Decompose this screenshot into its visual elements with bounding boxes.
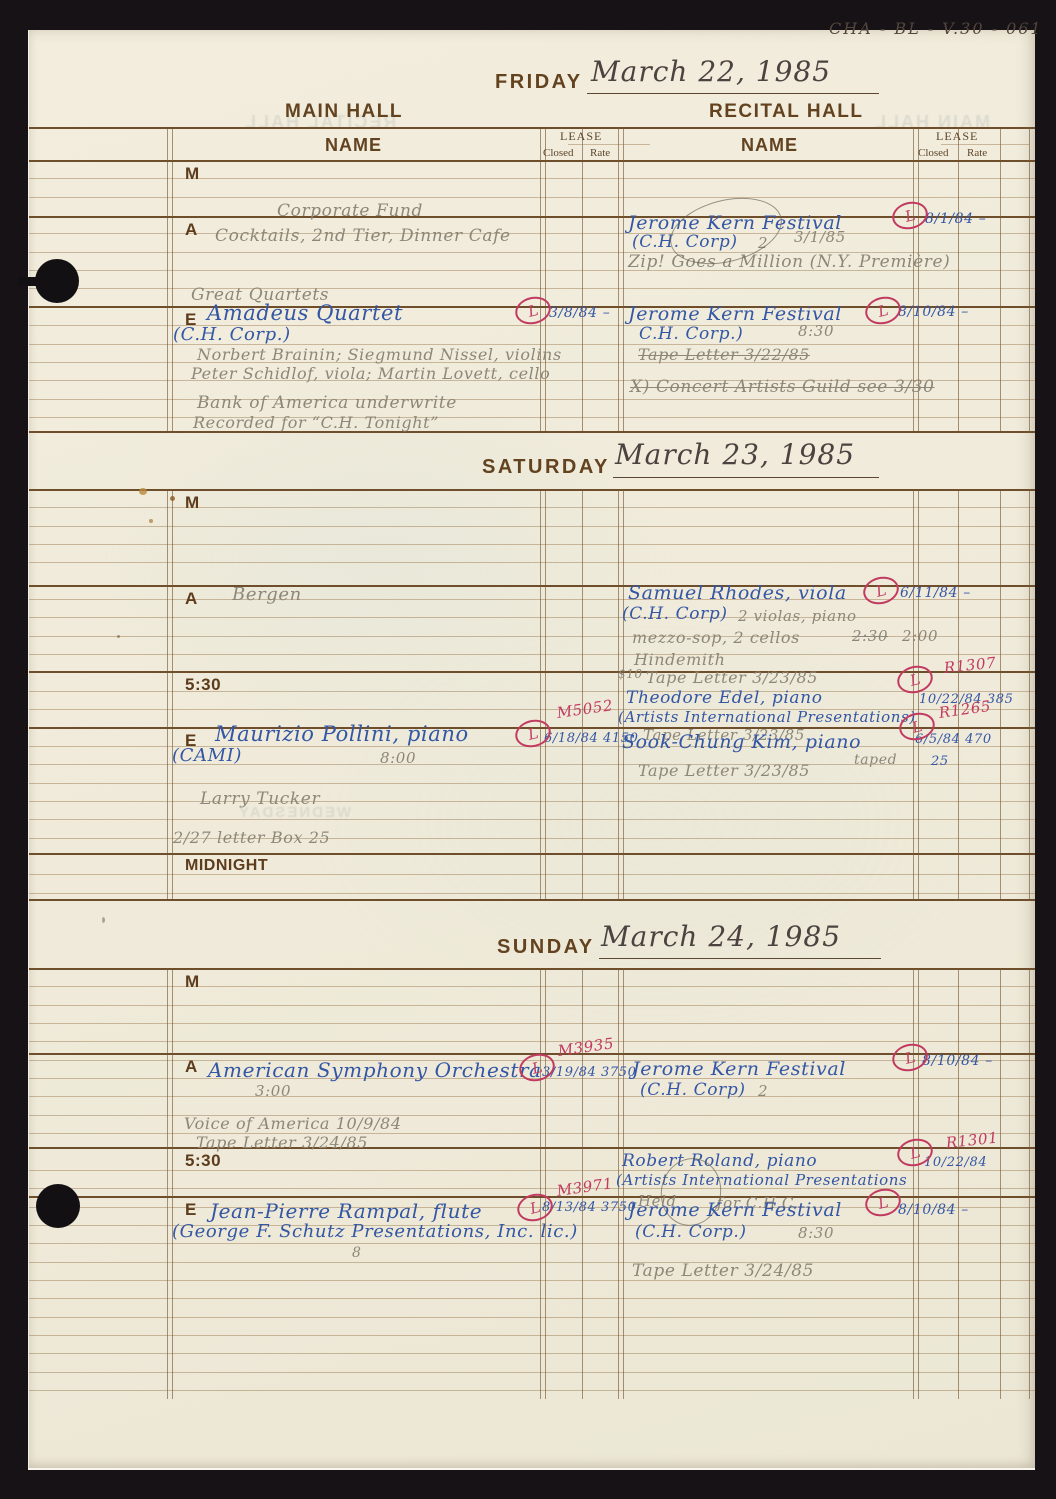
handwritten-note: 3/1/85 bbox=[794, 230, 846, 245]
ruled-line bbox=[29, 1133, 1035, 1134]
handwritten-note: taped bbox=[854, 753, 897, 767]
catalog-number: CHA - BL - V.30 - 061 bbox=[829, 21, 1043, 37]
handwritten-note: Tape Letter 3/23/85 bbox=[646, 670, 818, 686]
column-line bbox=[958, 968, 959, 1399]
column-line bbox=[540, 489, 546, 899]
column-line bbox=[1029, 489, 1030, 899]
handwritten-note: Jerome Kern Festival bbox=[632, 1060, 846, 1079]
row-label-m: M bbox=[185, 493, 200, 513]
column-line bbox=[540, 127, 546, 431]
handwritten-note: 8/10/84 – bbox=[922, 1054, 993, 1068]
handwritten-note: $10 bbox=[618, 668, 643, 680]
handwritten-note: M3935 bbox=[557, 1036, 615, 1059]
handwritten-note: (C.H. Corp) bbox=[640, 1082, 746, 1099]
main-lease-header: LEASE bbox=[560, 129, 602, 144]
ruled-line bbox=[29, 526, 1035, 527]
section-line bbox=[29, 489, 1035, 491]
handwritten-note: 3/8/84 – bbox=[549, 306, 610, 320]
recital-name-column-header: NAME bbox=[741, 135, 798, 156]
row-label-5:30: 5:30 bbox=[185, 675, 221, 695]
column-line bbox=[582, 127, 583, 431]
handwritten-note: M5052 bbox=[556, 698, 614, 721]
ruled-line bbox=[29, 801, 1035, 802]
handwritten-note: Corporate Fund bbox=[277, 203, 423, 220]
handwritten-note: Samuel Rhodes, viola bbox=[628, 584, 847, 603]
ruled-line bbox=[29, 1317, 1035, 1318]
day-title-sunday: SUNDAY bbox=[497, 936, 595, 959]
handwritten-note: Cocktails, 2nd Tier, Dinner Cafe bbox=[215, 228, 511, 245]
ruled-line bbox=[29, 1390, 1035, 1391]
paper-stain bbox=[139, 488, 147, 495]
section-line bbox=[29, 1147, 1035, 1149]
pencil-mark bbox=[102, 917, 105, 923]
handwritten-note: (C.H. Corp.) bbox=[635, 1224, 747, 1241]
handwritten-note: 3/19/84 3750 bbox=[542, 1066, 637, 1079]
ruled-line bbox=[29, 1243, 1035, 1244]
ruled-line bbox=[29, 1023, 1035, 1024]
handwritten-note: Jean-Pierre Rampal, flute bbox=[210, 1201, 482, 1221]
handwritten-note: Hindemith bbox=[634, 652, 726, 668]
day-title-saturday: SATURDAY bbox=[482, 456, 610, 479]
handwritten-note: Bank of America underwrite bbox=[197, 395, 457, 412]
handwritten-note: Bergen bbox=[232, 586, 302, 604]
handwritten-note: 8:30 bbox=[798, 1226, 834, 1241]
handwritten-note: Tape Letter 3/22/85 bbox=[638, 347, 810, 363]
punch-hole-tear bbox=[18, 277, 48, 286]
ruled-line bbox=[29, 1115, 1035, 1116]
ruled-line bbox=[29, 1298, 1035, 1299]
handwritten-note: Tape Letter 3/24/85 bbox=[632, 1263, 814, 1280]
main-lease-rate-header: Rate bbox=[590, 147, 610, 159]
handwritten-note: Sook-Chung Kim, piano bbox=[622, 733, 861, 752]
day-title-friday: FRIDAY bbox=[495, 71, 583, 94]
ruled-line bbox=[29, 1280, 1035, 1281]
section-line bbox=[29, 671, 1035, 673]
recital-lease-closed-header: Closed bbox=[918, 147, 949, 159]
ruled-line bbox=[29, 1005, 1035, 1006]
lease-check-mark: L bbox=[889, 1040, 930, 1075]
date-friday: March 22, 1985 bbox=[591, 58, 831, 86]
paper-stain bbox=[149, 519, 153, 523]
handwritten-note: 8/10/84 – bbox=[898, 305, 969, 319]
handwritten-note: 8:30 bbox=[798, 324, 834, 339]
column-line bbox=[540, 968, 546, 1399]
handwritten-note: Voice of America 10/9/84 bbox=[184, 1116, 402, 1132]
paper-stain bbox=[170, 496, 175, 501]
ruled-line bbox=[29, 399, 1035, 400]
ruled-line bbox=[29, 1372, 1035, 1373]
handwritten-note: X) Concert Artists Guild see 3/30 bbox=[630, 379, 935, 396]
ruled-line bbox=[29, 507, 1035, 508]
handwritten-note: Theodore Edel, piano bbox=[626, 690, 823, 707]
ruled-line bbox=[29, 986, 1035, 987]
handwritten-note: 2:00 bbox=[902, 629, 938, 644]
row-label-a: A bbox=[185, 589, 198, 609]
handwritten-note: 2/27 letter Box 25 bbox=[173, 830, 330, 846]
handwritten-note: (George F. Schutz Presentations, Inc. li… bbox=[172, 1223, 578, 1241]
column-line bbox=[1000, 127, 1001, 431]
column-line bbox=[913, 968, 919, 1399]
column-line bbox=[618, 489, 624, 899]
ledger-paper: CHA - BL - V.30 - 061 FRIDAY March 22, 1… bbox=[28, 30, 1035, 1470]
lease-check-mark: L bbox=[889, 198, 930, 233]
punch-hole bbox=[36, 1184, 80, 1228]
handwritten-note: 2 violas, piano bbox=[738, 609, 857, 624]
date-underline-saturday bbox=[613, 477, 879, 478]
handwritten-note: (C.H. Corp) bbox=[622, 606, 728, 623]
recital-hall-heading: RECITAL HALL bbox=[709, 101, 864, 123]
column-line bbox=[167, 127, 173, 431]
ruled-line bbox=[29, 654, 1035, 655]
row-label-m: M bbox=[185, 164, 200, 184]
handwritten-note: 2 bbox=[758, 1084, 768, 1099]
handwritten-note: Larry Tucker bbox=[200, 791, 320, 808]
row-label-a: A bbox=[185, 220, 198, 240]
handwritten-note: 8/1/84 – bbox=[925, 212, 986, 226]
column-line bbox=[167, 968, 173, 1399]
ruled-line bbox=[29, 544, 1035, 545]
handwritten-note: Jerome Kern Festival bbox=[628, 1201, 842, 1220]
main-name-column-header: NAME bbox=[325, 135, 382, 156]
ruled-line bbox=[29, 417, 1035, 418]
paper-stain bbox=[117, 635, 120, 638]
row-label-5:30: 5:30 bbox=[185, 1151, 221, 1171]
ruled-line bbox=[29, 233, 1035, 234]
main-hall-heading: MAIN HALL bbox=[285, 101, 403, 123]
main-lease-closed-header: Closed bbox=[543, 147, 574, 159]
ruled-line bbox=[29, 178, 1035, 179]
lease-check-mark: L bbox=[862, 293, 903, 328]
handwritten-note: Peter Schidlof, viola; Martin Lovett, ce… bbox=[191, 366, 550, 382]
handwritten-note: Zip! Goes a Million (N.Y. Première) bbox=[628, 254, 950, 271]
handwritten-note: Norbert Brainin; Siegmund Nissel, violin… bbox=[197, 347, 562, 363]
column-line bbox=[1000, 968, 1001, 1399]
date-saturday: March 23, 1985 bbox=[615, 441, 855, 469]
handwritten-note: Robert Roland, piano bbox=[622, 1153, 817, 1170]
handwritten-note: Maurizio Pollini, piano bbox=[215, 724, 469, 745]
handwritten-note: (Artists International Presentations bbox=[616, 1173, 907, 1188]
row-label-a: A bbox=[185, 1057, 198, 1077]
ruled-line bbox=[29, 1041, 1035, 1042]
column-line bbox=[958, 127, 959, 431]
ruled-line bbox=[29, 1335, 1035, 1336]
handwritten-note: Amadeus Quartet bbox=[207, 303, 403, 324]
ruled-line bbox=[29, 1262, 1035, 1263]
section-line bbox=[29, 899, 1035, 901]
row-label-midnight: MIDNIGHT bbox=[185, 857, 268, 875]
handwritten-note: (CAMI) bbox=[172, 747, 242, 765]
handwritten-note: 8 bbox=[352, 1246, 362, 1260]
date-underline-sunday bbox=[599, 958, 881, 959]
handwritten-note: Recorded for “C.H. Tonight” bbox=[193, 415, 439, 431]
ruled-line bbox=[29, 819, 1035, 820]
section-line bbox=[29, 431, 1035, 433]
handwritten-note: 8:00 bbox=[380, 751, 416, 766]
handwritten-note: C.H. Corp.) bbox=[639, 326, 743, 343]
date-sunday: March 24, 1985 bbox=[601, 923, 841, 951]
section-line bbox=[29, 968, 1035, 970]
handwritten-note: 8/10/84 – bbox=[898, 1203, 969, 1217]
handwritten-note: 10/22/84 bbox=[924, 1156, 987, 1169]
ruled-line bbox=[29, 197, 1035, 198]
row-label-e: E bbox=[185, 1200, 197, 1220]
handwritten-note: Tape Letter 3/24/85 bbox=[196, 1135, 368, 1151]
ruled-line bbox=[29, 893, 1035, 894]
scanned-ledger-page: CHA - BL - V.30 - 061 FRIDAY March 22, 1… bbox=[0, 0, 1056, 1499]
handwritten-note: (C.H. Corp.) bbox=[173, 326, 291, 344]
ruled-line bbox=[29, 783, 1035, 784]
ruled-line bbox=[29, 874, 1035, 875]
ruled-line bbox=[29, 562, 1035, 563]
handwritten-note: 6/11/84 – bbox=[900, 586, 971, 600]
handwritten-note: American Symphony Orchestra bbox=[208, 1060, 542, 1080]
section-line bbox=[29, 127, 1035, 129]
ruled-line bbox=[29, 288, 1035, 289]
handwritten-note: (Artists International Presentations) bbox=[618, 710, 916, 725]
handwritten-note: 3:00 bbox=[255, 1084, 291, 1099]
handwritten-note: mezzo-sop, 2 cellos bbox=[632, 630, 800, 646]
ruled-line bbox=[29, 691, 1035, 692]
date-underline-friday bbox=[587, 93, 879, 94]
handwritten-note: R1265 bbox=[938, 699, 992, 721]
handwritten-note: 2:30 bbox=[852, 629, 888, 644]
recital-lease-rate-header: Rate bbox=[967, 147, 987, 159]
handwritten-note: Tape Letter 3/23/85 bbox=[638, 763, 810, 779]
ruled-line bbox=[941, 144, 1029, 145]
column-line bbox=[582, 489, 583, 899]
section-line bbox=[29, 216, 1035, 218]
column-line bbox=[1029, 127, 1030, 431]
ruled-line bbox=[29, 1353, 1035, 1354]
ruled-line bbox=[29, 1096, 1035, 1097]
handwritten-note: 25 bbox=[931, 755, 949, 768]
row-label-m: M bbox=[185, 972, 200, 992]
ruled-line bbox=[29, 617, 1035, 618]
column-line bbox=[618, 127, 624, 431]
section-line bbox=[29, 853, 1035, 855]
recital-lease-header: LEASE bbox=[936, 129, 978, 144]
lease-check-mark: L bbox=[512, 293, 553, 328]
lease-check-mark: L bbox=[860, 573, 901, 608]
ruled-line bbox=[568, 144, 650, 145]
column-line bbox=[1029, 968, 1030, 1399]
handwritten-note: 8/13/84 3750 bbox=[542, 1201, 637, 1214]
section-line bbox=[29, 160, 1035, 162]
